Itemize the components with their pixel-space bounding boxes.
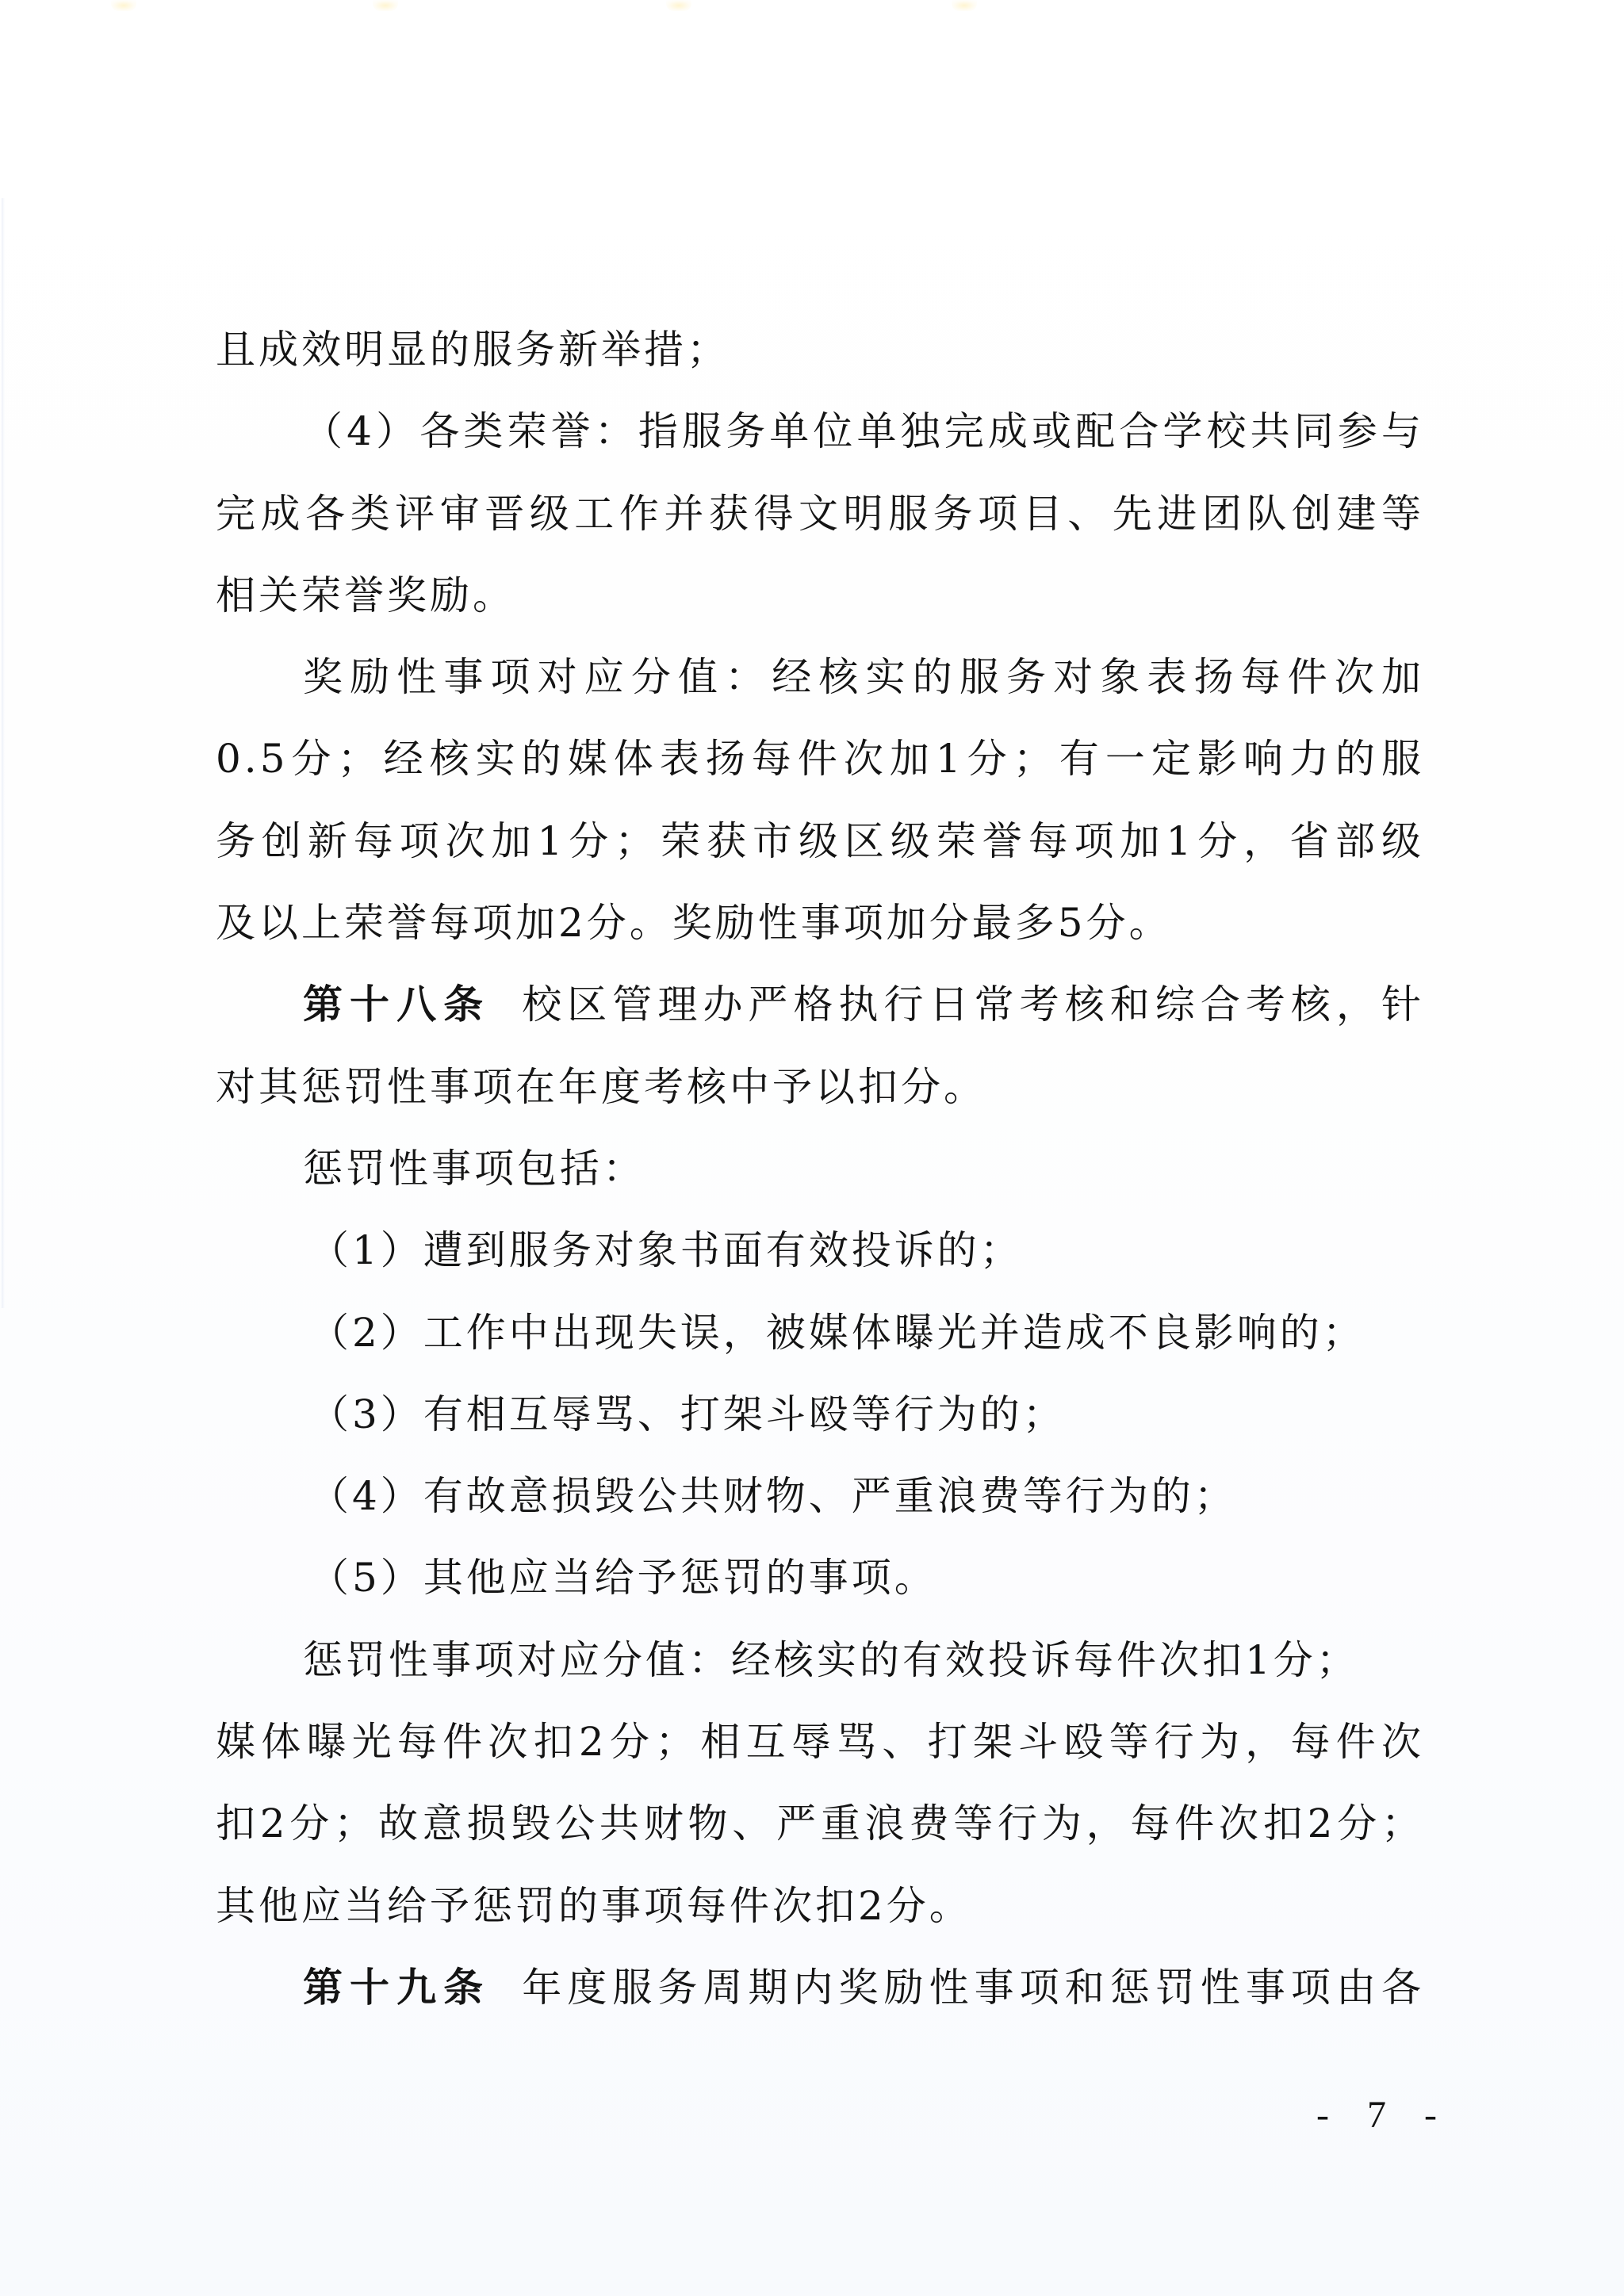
- line-text: 且成效明显的服务新举措；: [216, 327, 730, 373]
- article-19-heading-line: 第十九条年度服务周期内奖励性事项和惩罚性事项由各: [216, 1958, 1424, 2040]
- line-text: 相关荣誉奖励。: [216, 572, 515, 618]
- document-body: 且成效明显的服务新举措； （4）各类荣誉：指服务单位单独完成或配合学校共同参与 …: [216, 320, 1424, 2040]
- paragraph-line-17: 惩罚性事项对应分值：经核实的有效投诉每件次扣1分；: [216, 1631, 1424, 1712]
- page-number: - 7 -: [1316, 2093, 1451, 2137]
- line-text: 对其惩罚性事项在年度考核中予以扣分。: [216, 1064, 986, 1110]
- penalty-item-1: （1）遭到服务对象书面有效投诉的；: [216, 1221, 1424, 1303]
- scan-mark-4: [952, 0, 977, 11]
- paragraph-line-6: 0.5分；经核实的媒体表扬每件次加1分；有一定影响力的服: [216, 729, 1424, 811]
- line-text: 扣2分；故意损毁公共财物、严重浪费等行为，每件次扣2分；: [216, 1800, 1424, 1846]
- penalty-item-4: （4）有故意损毁公共财物、严重浪费等行为的；: [216, 1467, 1424, 1548]
- penalty-item-3: （3）有相互辱骂、打架斗殴等行为的；: [216, 1385, 1424, 1467]
- line-text: （4）各类荣誉：指服务单位单独完成或配合学校共同参与: [303, 408, 1424, 454]
- line-text: （4）有故意损毁公共财物、严重浪费等行为的；: [309, 1473, 1237, 1519]
- line-text: 年度服务周期内奖励性事项和惩罚性事项由各: [522, 1965, 1424, 2011]
- scan-mark-2: [373, 0, 398, 11]
- paragraph-line-18: 媒体曝光每件次扣2分；相互辱骂、打架斗殴等行为，每件次: [216, 1712, 1424, 1794]
- paragraph-line-7: 务创新每项次加1分；荣获市级区级荣誉每项加1分，省部级: [216, 812, 1424, 894]
- paragraph-line-11: 惩罚性事项包括：: [216, 1139, 1424, 1221]
- scan-mark-1: [111, 0, 136, 11]
- paragraph-line-10: 对其惩罚性事项在年度考核中予以扣分。: [216, 1058, 1424, 1139]
- line-text: 完成各类评审晋级工作并获得文明服务项目、先进团队创建等: [216, 491, 1424, 537]
- line-text: 惩罚性事项包括：: [303, 1146, 645, 1192]
- paragraph-line-8: 及以上荣誉每项加2分。奖励性事项加分最多5分。: [216, 894, 1424, 975]
- line-text: （3）有相互辱骂、打架斗殴等行为的；: [309, 1391, 1066, 1437]
- line-text: （2）工作中出现失误，被媒体曝光并造成不良影响的；: [309, 1310, 1365, 1356]
- line-text: 校区管理办严格执行日常考核和综合考核，针: [522, 982, 1424, 1027]
- line-text: 惩罚性事项对应分值：经核实的有效投诉每件次扣1分；: [303, 1637, 1359, 1683]
- paragraph-line-1: 且成效明显的服务新举措；: [216, 320, 1424, 402]
- line-text: 媒体曝光每件次扣2分；相互辱骂、打架斗殴等行为，每件次: [216, 1719, 1424, 1765]
- paragraph-line-19: 扣2分；故意损毁公共财物、严重浪费等行为，每件次扣2分；: [216, 1794, 1424, 1876]
- line-text: 及以上荣誉每项加2分。奖励性事项加分最多5分。: [216, 900, 1172, 946]
- line-text: （1）遭到服务对象书面有效投诉的；: [309, 1227, 1023, 1273]
- line-text: 务创新每项次加1分；荣获市级区级荣誉每项加1分，省部级: [216, 818, 1424, 864]
- line-text: （5）其他应当给予惩罚的事项。: [309, 1555, 937, 1601]
- paragraph-line-2: （4）各类荣誉：指服务单位单独完成或配合学校共同参与: [216, 402, 1424, 484]
- article-18-label: 第十八条: [303, 982, 490, 1027]
- article-19-label: 第十九条: [303, 1965, 490, 2011]
- penalty-item-5: （5）其他应当给予惩罚的事项。: [216, 1548, 1424, 1630]
- penalty-item-2: （2）工作中出现失误，被媒体曝光并造成不良影响的；: [216, 1303, 1424, 1385]
- paragraph-line-5: 奖励性事项对应分值：经核实的服务对象表扬每件次加: [216, 648, 1424, 729]
- article-18-heading-line: 第十八条校区管理办严格执行日常考核和综合考核，针: [216, 975, 1424, 1057]
- paragraph-line-20: 其他应当给予惩罚的事项每件次扣2分。: [216, 1877, 1424, 1958]
- paragraph-line-3: 完成各类评审晋级工作并获得文明服务项目、先进团队创建等: [216, 484, 1424, 566]
- line-text: 其他应当给予惩罚的事项每件次扣2分。: [216, 1883, 972, 1929]
- line-text: 奖励性事项对应分值：经核实的服务对象表扬每件次加: [303, 654, 1424, 700]
- line-text: 0.5分；经核实的媒体表扬每件次加1分；有一定影响力的服: [216, 736, 1424, 782]
- paragraph-line-4: 相关荣誉奖励。: [216, 566, 1424, 648]
- left-edge-shadow: [2, 198, 5, 1308]
- scan-mark-3: [666, 0, 691, 11]
